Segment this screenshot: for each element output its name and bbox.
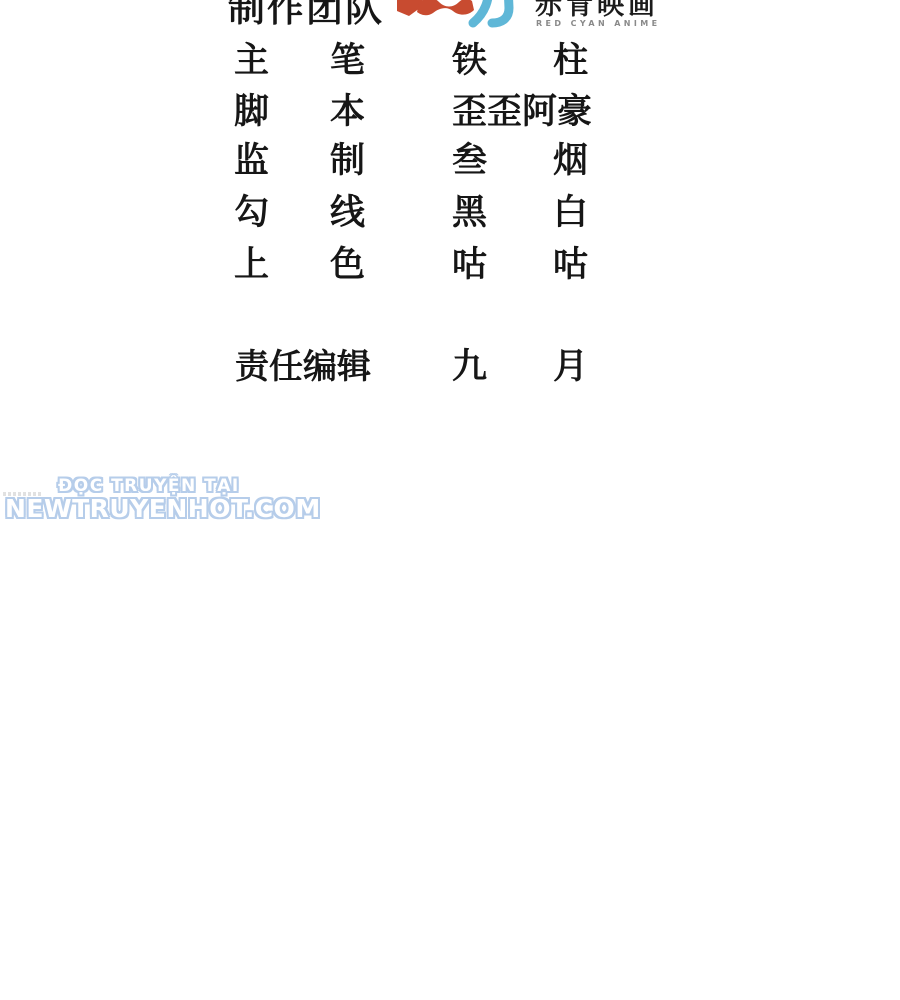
credit-row-lineart: 勾线 黑白: [0, 196, 900, 236]
credit-row-editor: 责任编辑 九月: [0, 350, 900, 390]
credit-name: 叁烟: [452, 144, 654, 179]
credit-name: 咕咕: [452, 248, 654, 283]
credit-row-supervisor: 监制 叁烟: [0, 144, 900, 184]
red-cyan-logo-icon: [395, 0, 531, 32]
credit-role: 主笔: [234, 44, 426, 79]
credit-row-script: 脚本 歪歪阿豪: [0, 95, 900, 135]
comic-credits-page: 制作团队 赤青映画 RED CYAN ANIME 主笔 铁柱 脚本 歪歪阿豪 监…: [0, 0, 900, 1000]
production-team-label: 制作团队: [228, 0, 384, 27]
credit-role: 上色: [234, 248, 426, 283]
credit-row-main-artist: 主笔 铁柱: [0, 44, 900, 84]
credit-role: 脚本: [234, 95, 426, 130]
watermark-read-at: ĐỌC TRUYỆN TẠI: [58, 478, 240, 495]
studio-name-latin: RED CYAN ANIME: [536, 19, 661, 28]
credit-name: 歪歪阿豪: [452, 95, 592, 130]
credit-name: 铁柱: [452, 44, 654, 79]
credit-name: 黑白: [452, 196, 654, 231]
credit-role: 监制: [234, 144, 426, 179]
studio-name-cjk: 赤青映画: [535, 0, 659, 19]
credit-row-coloring: 上色 咕咕: [0, 248, 900, 288]
studio-logo: 赤青映画 RED CYAN ANIME: [395, 0, 667, 32]
credit-name: 九月: [452, 350, 654, 385]
credit-role: 勾线: [234, 196, 426, 231]
watermark-site-url: NEWTRUYENHOT.COM: [5, 496, 321, 521]
credit-role: 责任编辑: [235, 350, 371, 384]
